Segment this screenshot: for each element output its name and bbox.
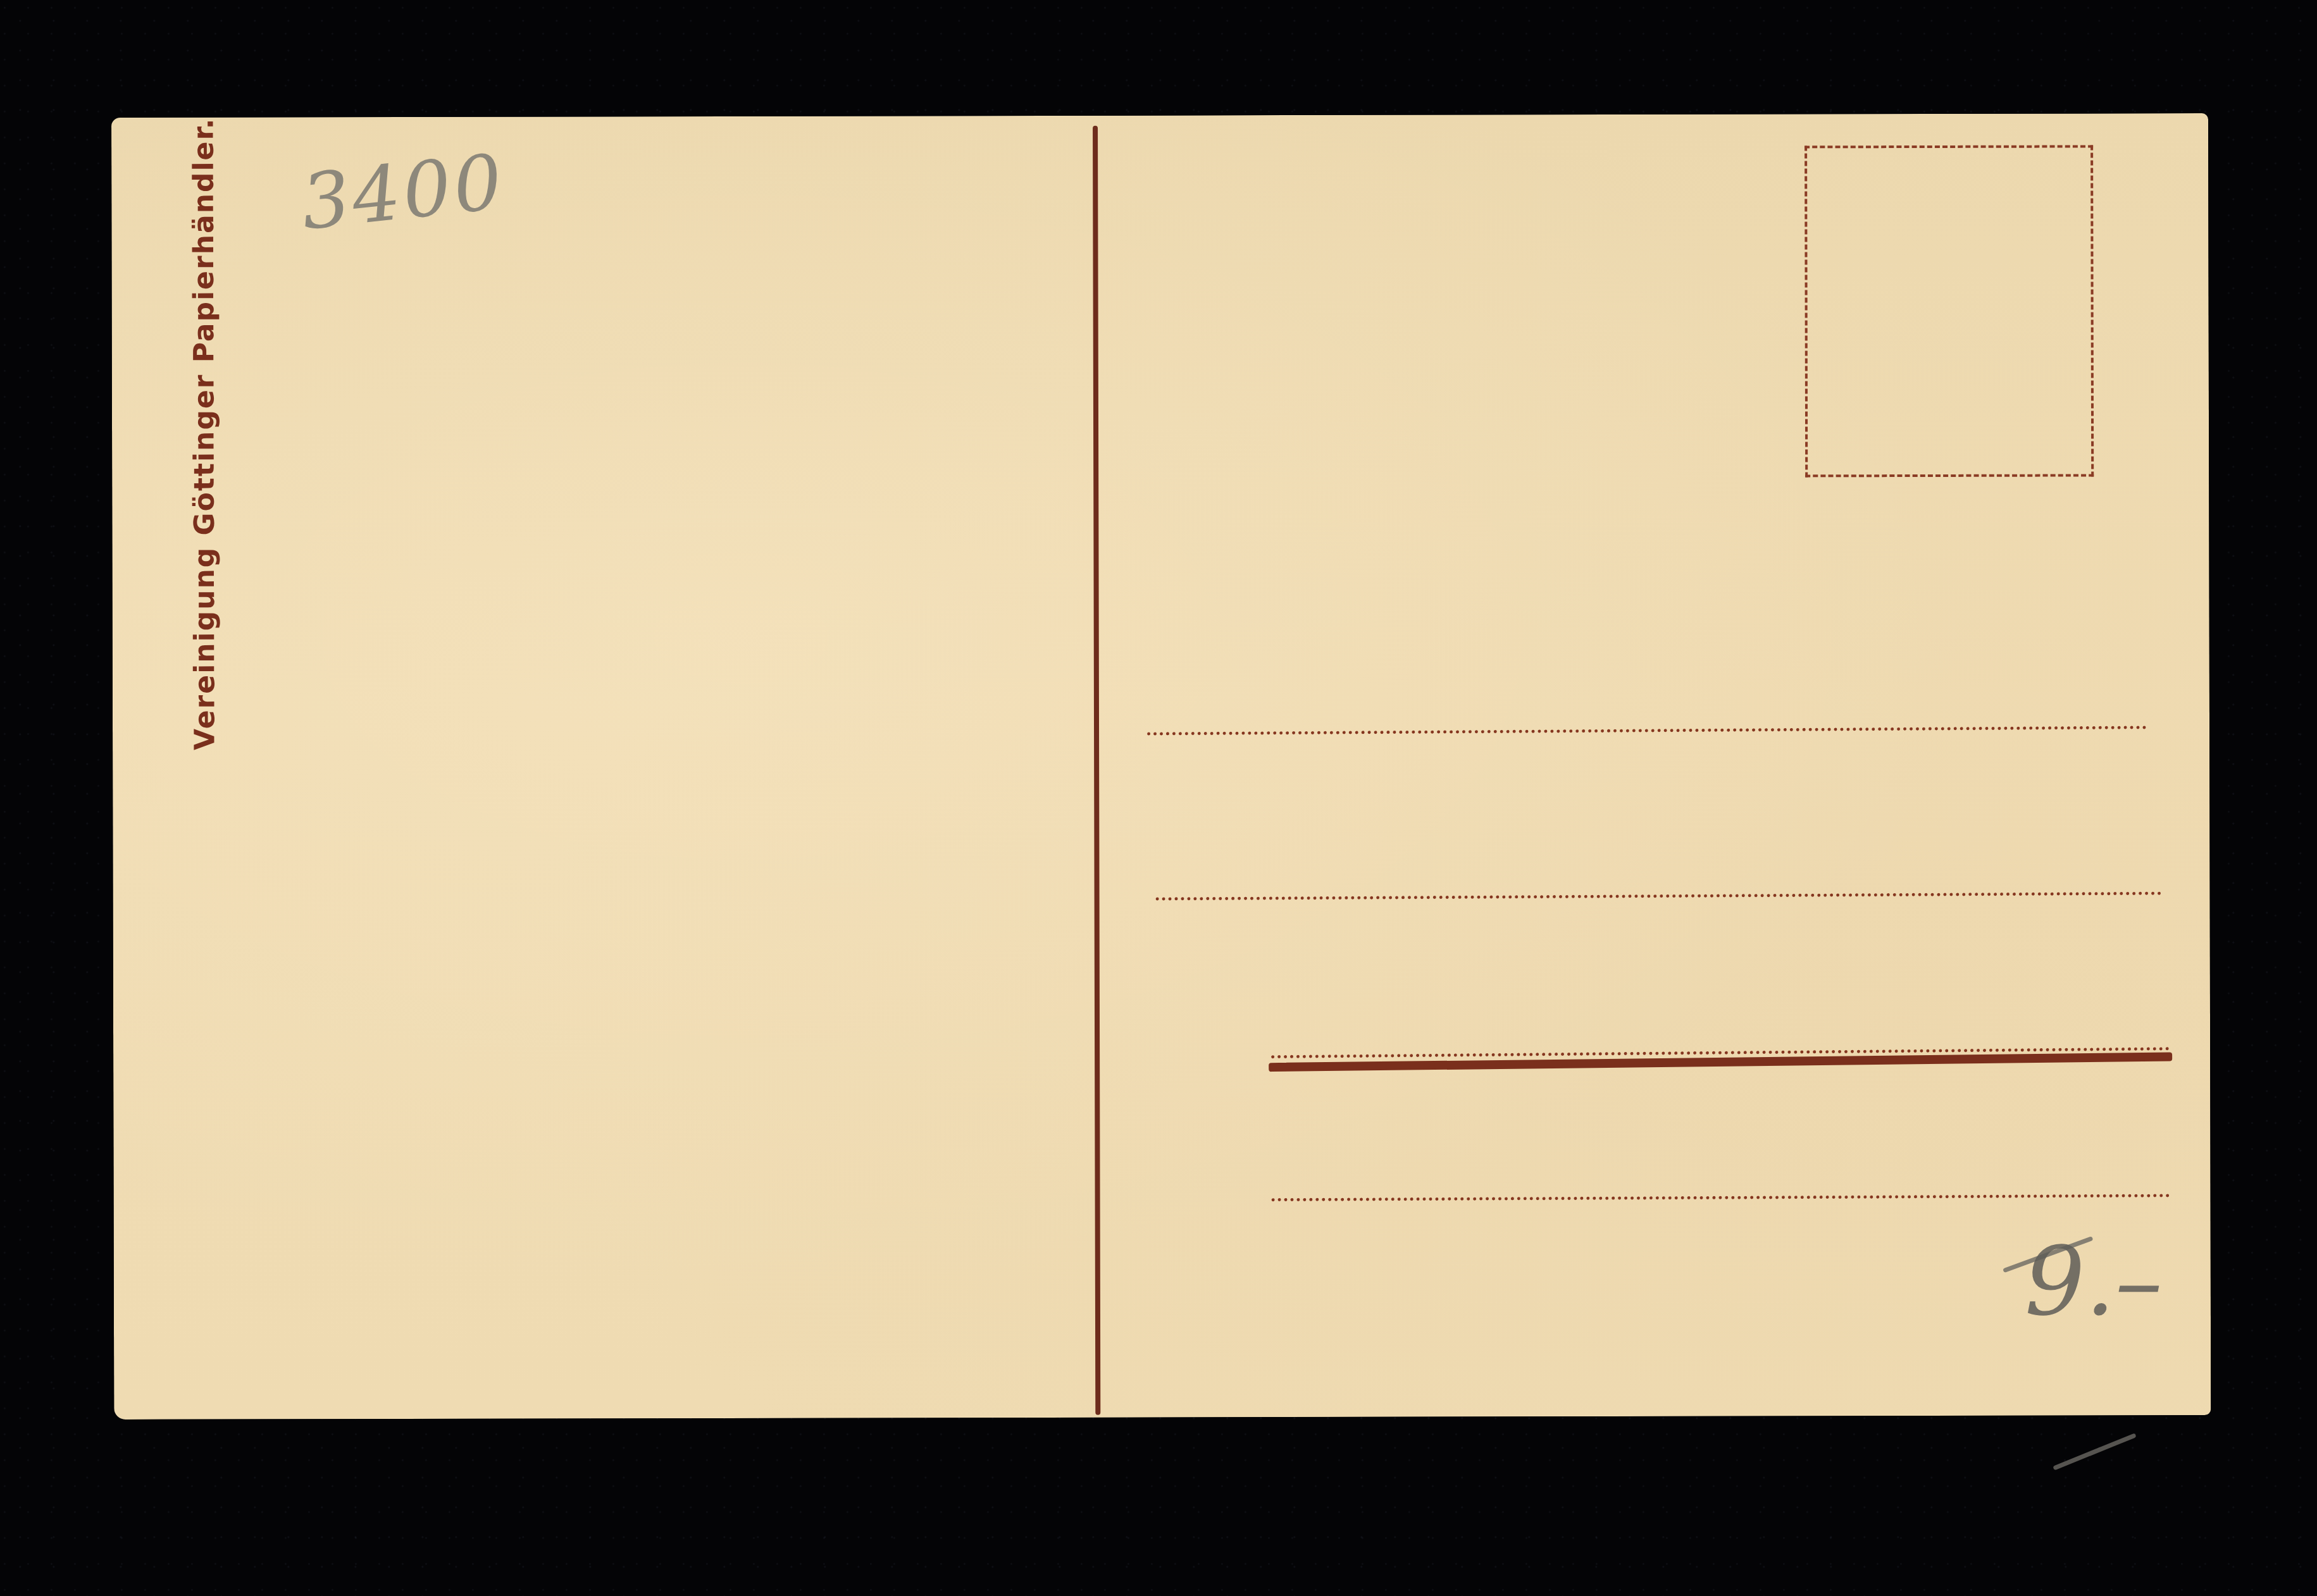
publisher-imprint-text: Vereinigung Göttinger Papierhändler. bbox=[187, 117, 221, 750]
stamp-box bbox=[1805, 145, 2094, 477]
pencil-inventory-number: 3400 bbox=[297, 138, 509, 247]
pencil-price: 9.– bbox=[2025, 1227, 2163, 1337]
center-divider-line bbox=[1093, 126, 1100, 1415]
address-line-4 bbox=[1272, 1194, 2170, 1201]
address-line-1 bbox=[1147, 726, 2147, 735]
postcard-back: 3400 Vereinigung Göttinger Papierhändler… bbox=[111, 113, 2211, 1420]
address-line-2 bbox=[1156, 892, 2162, 901]
